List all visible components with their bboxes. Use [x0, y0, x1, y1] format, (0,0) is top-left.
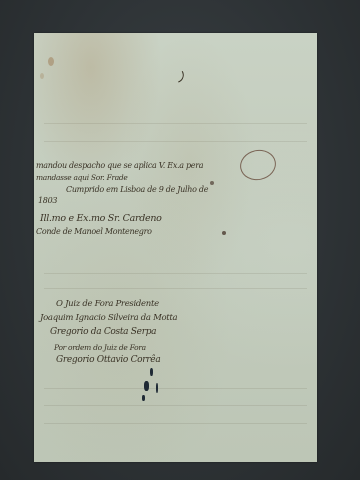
- signature: Gregorio Ottavio Corrêa: [56, 355, 160, 365]
- ink-blot: [156, 383, 158, 393]
- manuscript-page: mandou despacho que se aplica V. Ex.a pe…: [34, 33, 317, 462]
- addressee-line: Ill.mo e Ex.mo Sr. Cardeno: [40, 213, 162, 224]
- text-line: Por ordem do Juiz de Fora: [54, 343, 146, 352]
- ink-blot: [144, 381, 149, 391]
- text-line: Cumprido em Lisboa de 9 de Julho de: [66, 185, 208, 194]
- signature: Joaquim Ignacio Silveira da Motta: [40, 313, 177, 323]
- ink-blot: [150, 368, 153, 376]
- stain-mark: [48, 57, 54, 66]
- flourish-mark: [160, 62, 187, 86]
- ink-dot: [222, 231, 226, 235]
- signatory-title: O Juiz de Fora Presidente: [56, 299, 159, 309]
- ink-blot: [142, 395, 145, 401]
- date-year: 1803: [38, 196, 57, 205]
- text-line: mandou despacho que se aplica V. Ex.a pe…: [36, 161, 203, 170]
- signature: Gregorio da Costa Serpa: [50, 327, 156, 337]
- seal-circle-mark: [237, 147, 278, 184]
- stain-mark: [40, 73, 44, 79]
- addressee-line: Conde de Manoel Montenegro: [36, 227, 152, 236]
- text-line: mandasse aqui Sor. Frade: [36, 173, 128, 182]
- stain-mark: [210, 181, 214, 185]
